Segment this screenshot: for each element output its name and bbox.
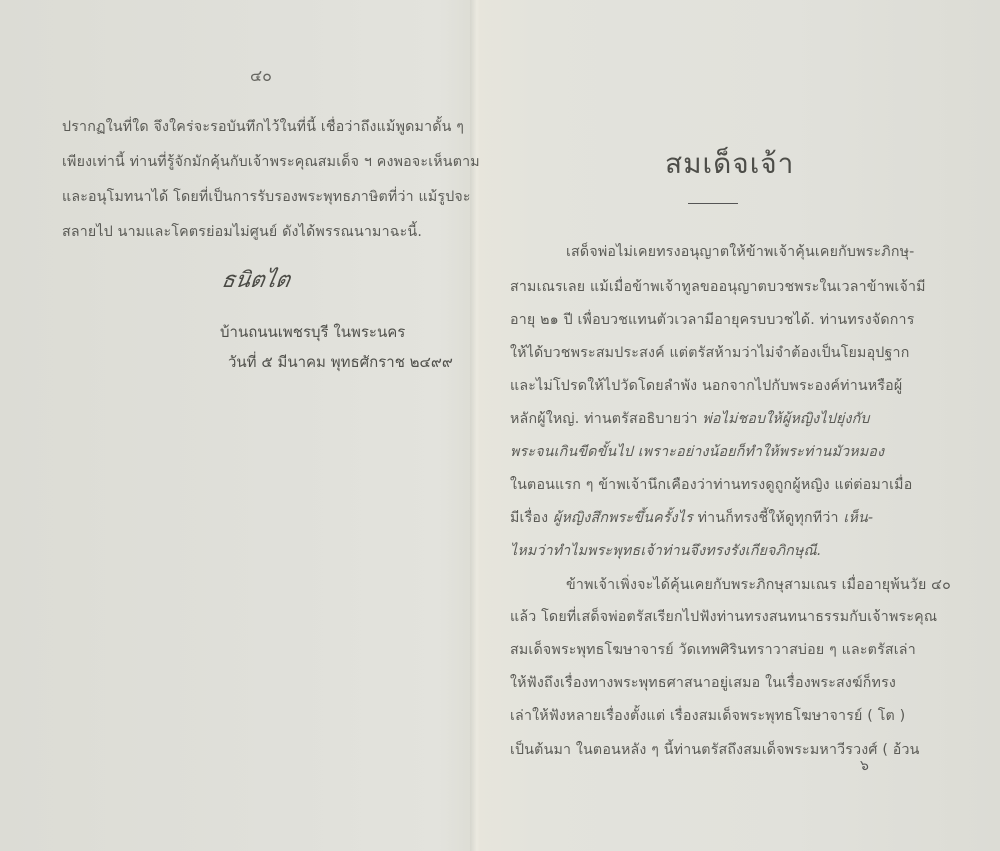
date-line: วันที่ ๕ มีนาคม พุทธศักราช ๒๔๙๙ xyxy=(228,350,453,374)
italic-quote: พ่อไม่ชอบให้ผู้หญิงไปยุ่งกับ xyxy=(702,411,869,427)
right-text-line: เป็นต้นมา ในตอนหลัง ๆ นี้ท่านตรัสถึงสมเด… xyxy=(510,739,920,761)
right-text-line: อายุ ๒๑ ปี เพื่อบวชแทนตัวเวลามีอายุครบบว… xyxy=(510,309,915,331)
right-text-line: สมเด็จพระพุทธโฆษาจารย์ วัดเทพศิรินทราวาส… xyxy=(510,639,916,661)
text-segment: มีเรื่อง xyxy=(510,510,553,526)
left-text-line: ปรากฏในที่ใด จึงใคร่จะรอบันทึกไว้ในที่นี… xyxy=(62,116,464,138)
right-text-line: มีเรื่อง ผู้หญิงสึกพระขึ้นครั้งไร ท่านก็… xyxy=(510,507,873,529)
italic-quote: เห็น- xyxy=(843,510,873,526)
right-text-line: ให้ฟังถึงเรื่องทางพระพุทธศาสนาอยู่เสมอ ใ… xyxy=(510,672,896,694)
right-text-line: สามเณรเลย แม้เมื่อข้าพเจ้าทูลขออนุญาตบวช… xyxy=(510,276,926,298)
right-text-line: ไหมว่าทำไมพระพุทธเจ้าท่านจึงทรงรังเกียจภ… xyxy=(510,540,822,562)
right-text-line: ในตอนแรก ๆ ข้าพเจ้านึกเคืองว่าท่านทรงดูถ… xyxy=(510,474,912,496)
left-text-line: เพียงเท่านี้ ท่านที่รู้จักมักคุ้นกับเจ้า… xyxy=(62,151,480,173)
right-text-line: พระจนเกินขีดขั้นไป เพราะอย่างน้อยก็ทำให้… xyxy=(510,441,884,463)
right-page-number: ๖ xyxy=(860,755,869,777)
right-text-line: ให้ได้บวชพระสมประสงค์ แต่ตรัสห้ามว่าไม่จ… xyxy=(510,342,910,364)
signature: ธนิตไต xyxy=(219,262,293,297)
title-rule xyxy=(688,203,738,204)
italic-quote: ไหมว่าทำไมพระพุทธเจ้าท่านจึงทรงรังเกียจภ… xyxy=(510,543,822,559)
italic-quote: พระจนเกินขีดขั้นไป เพราะอย่างน้อยก็ทำให้… xyxy=(510,444,884,460)
text-segment: หลักผู้ใหญ่. ท่านตรัสอธิบายว่า xyxy=(510,411,702,427)
left-text-line: และอนุโมทนาได้ โดยที่เป็นการรับรองพระพุท… xyxy=(62,186,471,208)
right-text-line: เล่าให้ฟังหลายเรื่องตั้งแต่ เรื่องสมเด็จ… xyxy=(510,705,905,727)
address-line: บ้านถนนเพชรบุรี ในพระนคร xyxy=(220,320,405,344)
right-text-line: หลักผู้ใหญ่. ท่านตรัสอธิบายว่า พ่อไม่ชอบ… xyxy=(510,408,870,430)
text-segment: ท่านก็ทรงชี้ให้ดูทุกทีว่า xyxy=(693,510,843,526)
right-text-line: และไม่โปรดให้ไปวัดโดยลำพัง นอกจากไปกับพร… xyxy=(510,375,902,397)
italic-quote: ผู้หญิงสึกพระขึ้นครั้งไร xyxy=(553,510,693,526)
left-page-number: ๔๐ xyxy=(250,64,272,89)
chapter-title: สมเด็จเจ้า xyxy=(665,142,794,186)
right-text-line: แล้ว โดยที่เสด็จพ่อตรัสเรียกไปฟังท่านทรง… xyxy=(510,606,937,628)
right-text-line: ข้าพเจ้าเพิ่งจะได้คุ้นเคยกับพระภิกษุสามเ… xyxy=(566,574,951,596)
left-text-line: สลายไป นามและโคตรย่อมไม่ศูนย์ ดังได้พรรณ… xyxy=(62,221,422,243)
right-text-line: เสด็จพ่อไม่เคยทรงอนุญาตให้ข้าพเจ้าคุ้นเค… xyxy=(566,241,915,263)
